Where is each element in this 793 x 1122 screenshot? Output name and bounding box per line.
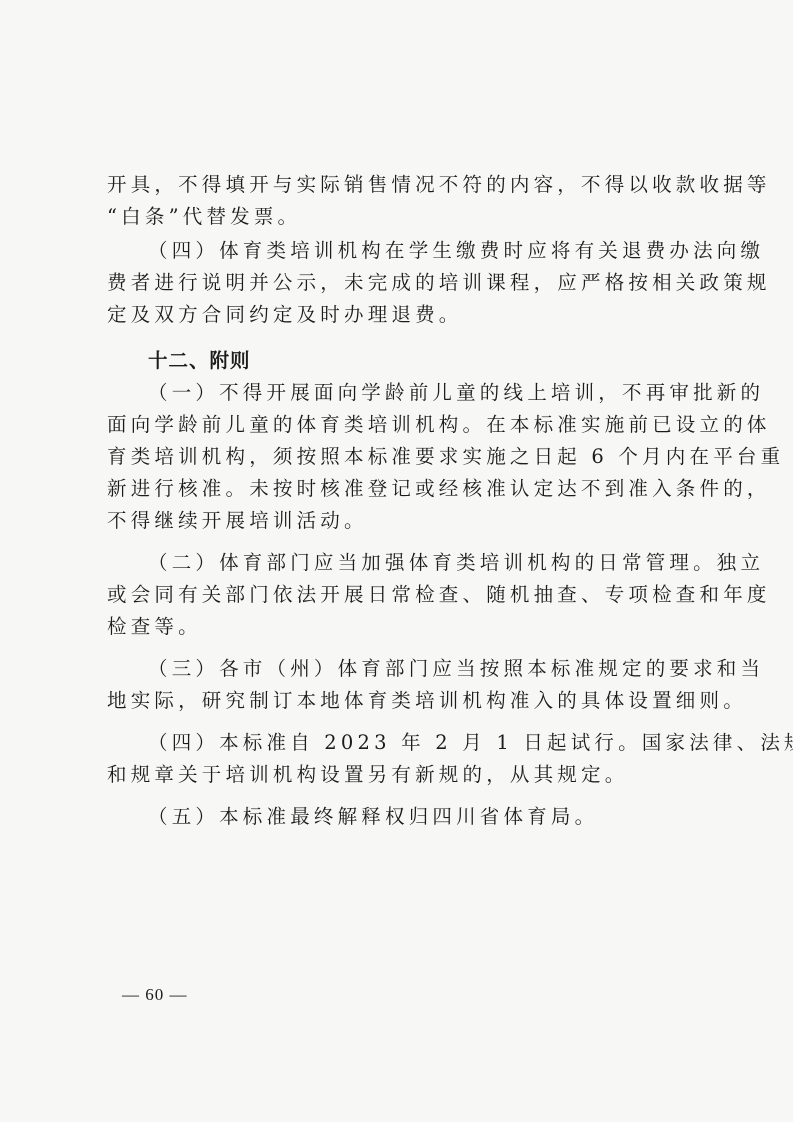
paragraph-line: 定及双方合同约定及时办理退费。 xyxy=(107,302,707,328)
paragraph-line: 或会同有关部门依法开展日常检查、随机抽查、专项检查和年度 xyxy=(107,582,707,608)
page-number: — 60 — xyxy=(122,985,188,1005)
paragraph-line: 地实际，研究制订本地体育类培训机构准入的具体设置细则。 xyxy=(107,688,707,714)
paragraph-line: 不得继续开展培训活动。 xyxy=(107,508,707,534)
paragraph-line: 开具，不得填开与实际销售情况不符的内容，不得以收款收据等 xyxy=(107,172,707,198)
paragraph-line: （四）本标准自 2023 年 2 月 1 日起试行。国家法律、法规 xyxy=(148,730,748,756)
paragraph-line: 检查等。 xyxy=(107,614,707,640)
paragraph-line: 费者进行说明并公示，未完成的培训课程，应严格按相关政策规 xyxy=(107,270,707,296)
paragraph-line: 和规章关于培训机构设置另有新规的，从其规定。 xyxy=(107,762,707,788)
paragraph-line: （一）不得开展面向学龄前儿童的线上培训，不再审批新的 xyxy=(148,380,748,406)
paragraph-line: “白条”代替发票。 xyxy=(107,204,707,230)
paragraph-line: （二）体育部门应当加强体育类培训机构的日常管理。独立 xyxy=(148,550,748,576)
paragraph-line: 新进行核准。未按时核准登记或经核准认定达不到准入条件的， xyxy=(107,476,707,502)
paragraph-line: （四）体育类培训机构在学生缴费时应将有关退费办法向缴 xyxy=(148,238,748,264)
section-heading: 十二、附则 xyxy=(148,348,748,374)
paragraph-line: 育类培训机构，须按照本标准要求实施之日起 6 个月内在平台重 xyxy=(107,444,707,470)
document-page: 开具，不得填开与实际销售情况不符的内容，不得以收款收据等 “白条”代替发票。 （… xyxy=(0,0,793,1122)
paragraph-line: 面向学龄前儿童的体育类培训机构。在本标准实施前已设立的体 xyxy=(107,412,707,438)
paragraph-line: （三）各市（州）体育部门应当按照本标准规定的要求和当 xyxy=(148,656,748,682)
paragraph-line: （五）本标准最终解释权归四川省体育局。 xyxy=(148,804,748,830)
